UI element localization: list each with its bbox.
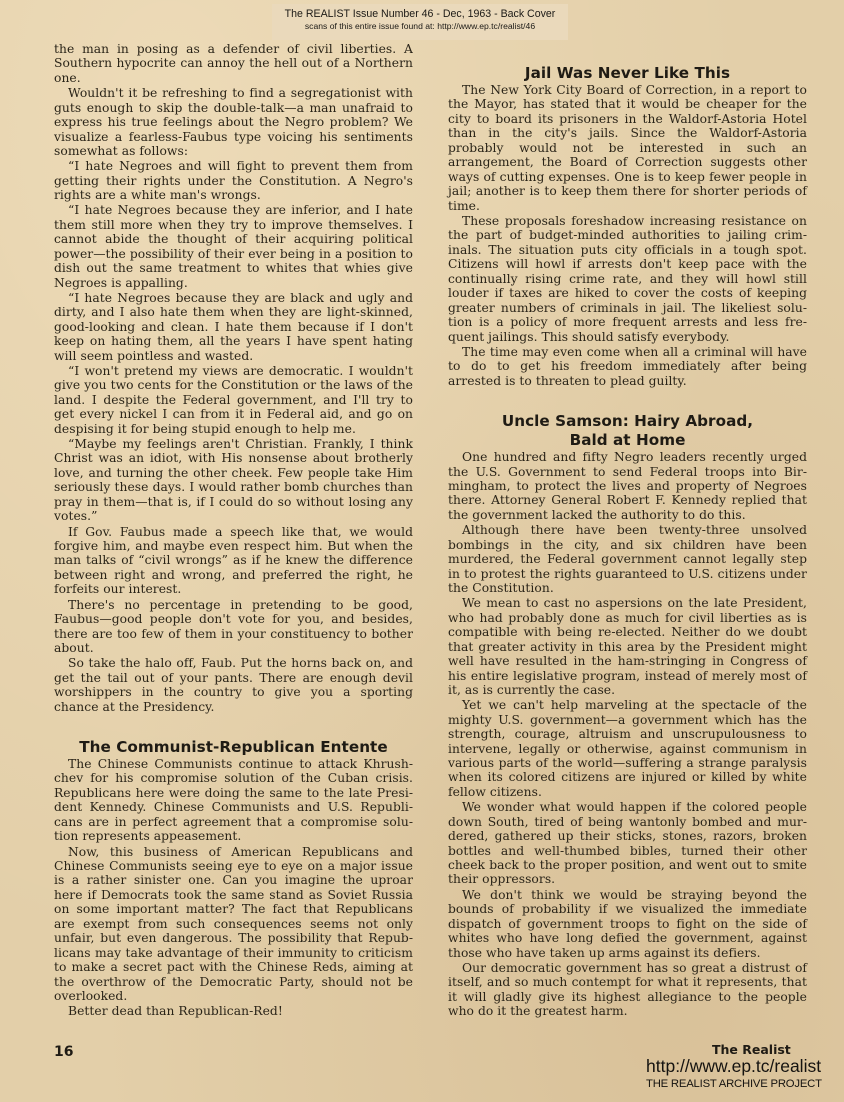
paragraph: “Maybe my feelings aren't Christian. Fra… [54,437,413,524]
paragraph: These proposals foreshadow increasing re… [448,214,807,344]
archive-project-name: THE REALIST ARCHIVE PROJECT [646,1078,822,1090]
paragraph: “I hate Negroes because they are inferio… [54,203,413,290]
paragraph: “I hate Negroes and will fight to preven… [54,159,413,202]
banner-title: The REALIST Issue Number 46 - Dec, 1963 … [272,4,568,21]
paragraph: The Chinese Communists continue to attac… [54,757,413,844]
article-headline: Uncle Samson: Hairy Abroad, Bald at Home [448,412,807,450]
jail-article: Jail Was Never Like This The New York Ci… [448,64,807,388]
right-column: Jail Was Never Like This The New York Ci… [448,64,807,1019]
paragraph: the man in posing as a defender of civil… [54,42,413,85]
paragraph: Our democratic government has so great a… [448,961,807,1019]
paragraph: Wouldn't it be refreshing to find a segr… [54,86,413,158]
uncle-samson-article: Uncle Samson: Hairy Abroad, Bald at Home… [448,412,807,1018]
paragraph: We mean to cast no aspersions on the lat… [448,596,807,697]
paragraph: The New York City Board of Correction, i… [448,83,807,213]
paragraph: The time may even come when all a crimin… [448,345,807,388]
faubus-article-continued: the man in posing as a defender of civil… [54,42,413,714]
article-headline: The Communist-Republican Entente [54,738,413,757]
paragraph: “I hate Negroes because they are black a… [54,291,413,363]
paragraph: Better dead than Republican-Red! [54,1004,413,1018]
paragraph: Yet we can't help marveling at the spect… [448,698,807,799]
banner-subtitle: scans of this entire issue found at: htt… [272,21,568,32]
headline-line-1: Uncle Samson: Hairy Abroad, [502,412,753,430]
publication-signature: The Realist [712,1042,791,1057]
paragraph: So take the halo off, Faub. Put the horn… [54,656,413,714]
page-number: 16 [54,1044,73,1060]
paragraph: “I won't pretend my views are democratic… [54,364,413,436]
paragraph: We wonder what would happen if the color… [448,800,807,887]
article-headline: Jail Was Never Like This [448,64,807,83]
communist-republican-article: The Communist-Republican Entente The Chi… [54,738,413,1019]
paragraph: Now, this business of American Republica… [54,845,413,1004]
paragraph: We don't think we would be straying beyo… [448,888,807,960]
left-column: the man in posing as a defender of civil… [54,42,413,1019]
archive-banner: The REALIST Issue Number 46 - Dec, 1963 … [272,4,568,40]
paragraph: There's no percentage in pretending to b… [54,598,413,656]
paragraph: If Gov. Faubus made a speech like that, … [54,525,413,597]
paragraph: Although there have been twenty-three un… [448,523,807,595]
headline-line-2: Bald at Home [570,431,686,449]
paragraph: One hundred and fifty Negro leaders rece… [448,450,807,522]
archive-url-link[interactable]: http://www.ep.tc/realist [646,1056,821,1077]
